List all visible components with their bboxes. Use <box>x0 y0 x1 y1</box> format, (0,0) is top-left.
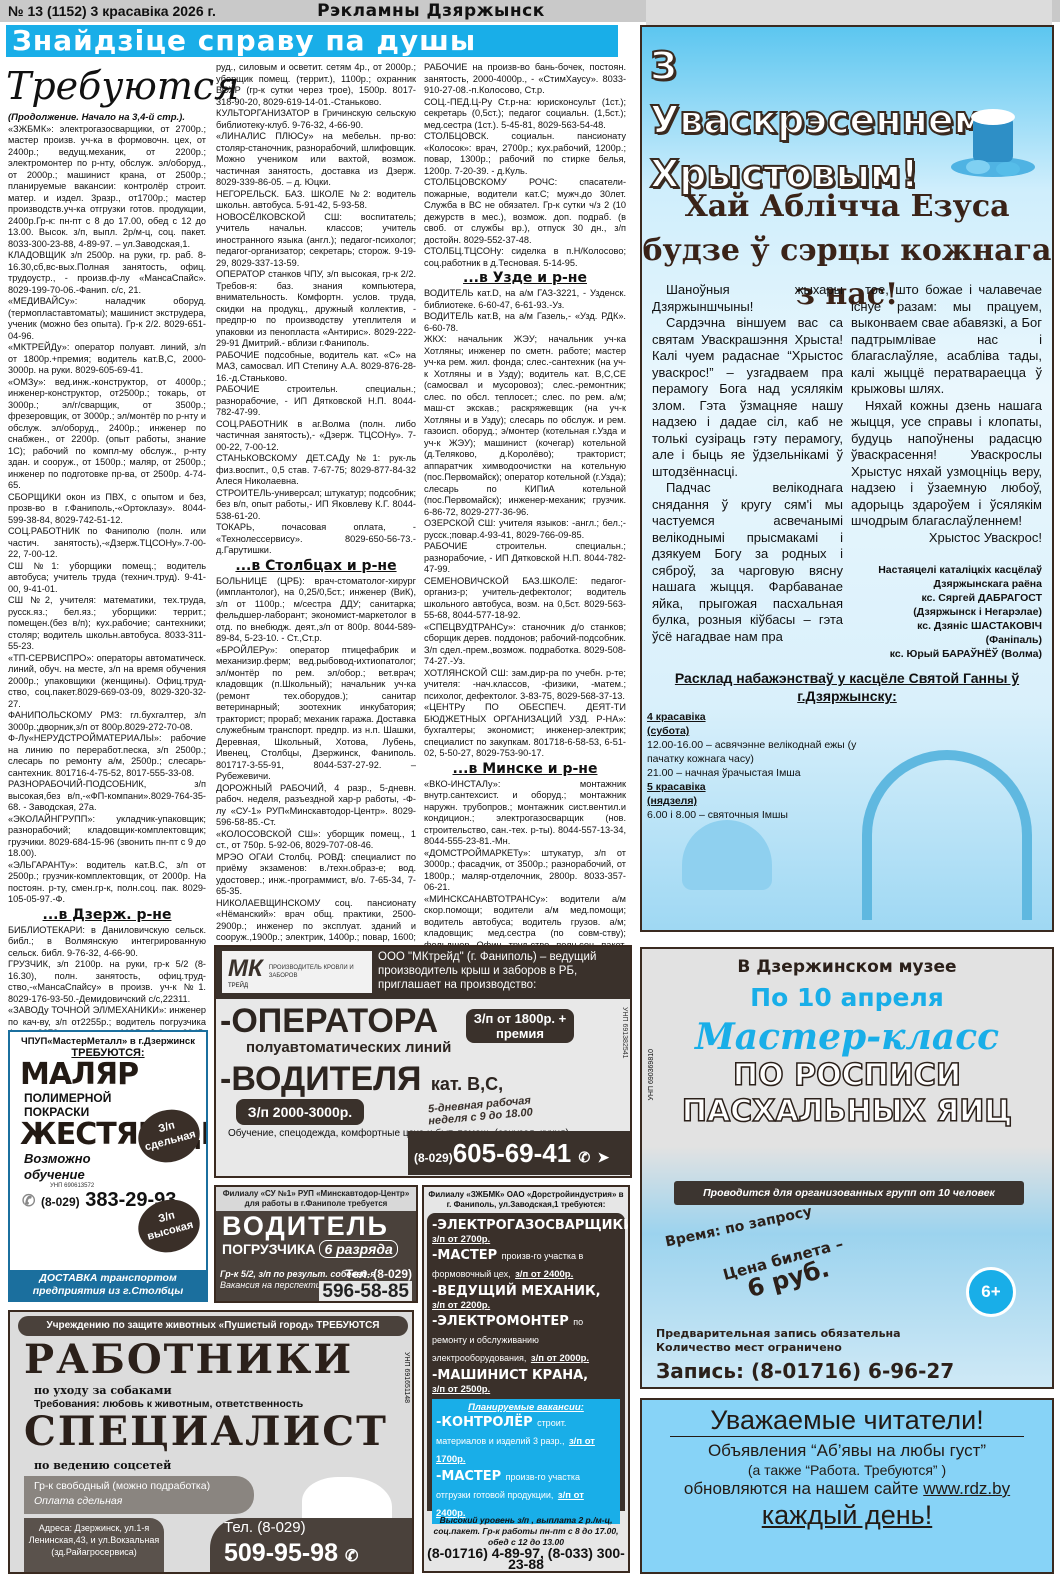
job-listing: «КОЛОСОВСКОЙ СШ»: уборщик помещ., 1 ст.,… <box>216 829 416 852</box>
easter-headline: З Уваскрэсеннем Хрыстовым! <box>650 39 950 201</box>
job-listing: ВОДИТЕЛЬ кат.В, на а/м Газель,- «Узд. РД… <box>424 311 626 334</box>
job-listing: СОЦ.РАБОТНИК по Фаниполю (полн. или част… <box>8 526 206 561</box>
viber-icon: ✆ <box>578 1149 590 1165</box>
jobs-title: Требуются <box>6 62 206 110</box>
vacancy: -ВЕДУЩИЙ МЕХАНИК,з/п от 2200р. <box>432 1282 620 1312</box>
delivery-note: ДОСТАВКА транспортом предприятия из г.Ст… <box>10 1270 206 1300</box>
job-listing: СБОРЩИКИ окон из ПВХ, с опытом и без, пр… <box>8 492 206 527</box>
job-listing: НОВОСЁЛКОВСКОЙ СШ: воспитатель; учитель … <box>216 212 416 270</box>
planned-vacancies: Планируемые вакансии: -КОНТРОЛЁР строит.… <box>432 1399 620 1524</box>
easter-greeting: З Уваскрэсеннем Хрыстовым! Хай Аблічча Е… <box>640 25 1054 932</box>
job-listing: РАБОЧИЕ на произв-во бань-бочек, постоян… <box>424 62 626 97</box>
job-listing: руд., силовым и осветит. сетям 4р., от 2… <box>216 62 416 108</box>
job-listing: СЕМЕНОВИЧСКОЙ БАЗ.ШКОЛЕ: педагог-организ… <box>424 576 626 622</box>
message-paragraph: Шаноўныя жыхары Дзяржыншчыны! <box>652 282 843 315</box>
unp-number: УНП 690369810 <box>648 1049 655 1101</box>
signature-block: Настаяцелі каталіцкіх касцёлаў Дзяржынск… <box>878 563 1042 661</box>
message-paragraph: тое, што божае і чалавечае існуе разам: … <box>851 282 1042 398</box>
ad-mktrade: МКТРЕЙД ПРОИЗВОДИТЕЛЬ КРОВЛИ И ЗАБОРОВ О… <box>214 945 632 1178</box>
page-header: № 13 (1152) 3 красавіка 2026 г. Рэкламны… <box>0 0 1060 22</box>
ad-museum-masterclass: В Дзержинском музее По 10 апреля Мастер-… <box>640 947 1054 1389</box>
job-listing: МРЭО ОГАИ Столбц. РОВД: специалист по пр… <box>216 852 416 898</box>
publication-title: Рэкламны Дзяржынск <box>317 1 545 21</box>
schedule-title: Расклад набажэнстваў у касцёле Святой Га… <box>642 669 1052 705</box>
job-listing: «МЕДИВАЙСу»: наладчик оборуд. (термоплас… <box>8 296 206 342</box>
viber-icon: ✆ <box>345 1548 358 1565</box>
job-listing: ТОКАРЬ, почасовая оплата, - «Технолессер… <box>216 522 416 557</box>
easter-bread-illustration-icon <box>682 820 772 890</box>
message-paragraph: Сардэчна віншуем вас са святам Уваскрашэ… <box>652 315 843 480</box>
job-listing: СТРОИТЕЛЬ-универсал; штукатур; подсобник… <box>216 488 416 523</box>
job-listing: СШ №2, учителя: математики, тех.труда, р… <box>8 595 206 653</box>
basket-illustration-icon <box>862 750 1032 920</box>
message-paragraph: Падчас велікоднага снядання ў кругу сям'… <box>652 480 843 645</box>
continuation-note: (Продолжение. Начало на 3,4-й стр.). <box>8 112 206 124</box>
job-listing: ОЗЕРСКОЙ СШ: учителя языков: -англ.; бел… <box>424 518 626 541</box>
ad-intro: ООО "МКтрейд" (г. Фаниполь) – ведущий пр… <box>378 950 628 992</box>
job-listing: ОПЕРАТОР станков ЧПУ, з/п высокая, гр-к … <box>216 269 416 350</box>
age-rating-badge: 6+ <box>966 1267 1016 1317</box>
vacancy: -МАШИНИСТ КРАНА,з/п от 2500р. <box>432 1366 620 1396</box>
mktrade-logo: МКТРЕЙД ПРОИЗВОДИТЕЛЬ КРОВЛИ И ЗАБОРОВ <box>222 951 372 993</box>
job-listing: «ЗЖБМК»: электрогазосварщики, от 2700р.;… <box>8 124 206 251</box>
job-listing: РАБОЧИЕ строительн. специальн.; разнораб… <box>216 384 416 419</box>
service-schedule: 4 красавіка (субота) 12.00-16.00 – асвяч… <box>647 710 867 822</box>
job-listing: «ЛИНАЛИС ПЛЮСу» на мебельн. пр-во: столя… <box>216 131 416 189</box>
job-listing: БИБЛИОТЕКАРИ: в Даниловичскую сельск. би… <box>8 925 206 960</box>
job-listing: КУЛЬТОРГАНИЗАТОР в Гричинскую сельскую б… <box>216 108 416 131</box>
phone-number: Запись: (8-01716) 6-96-27 <box>656 1359 954 1383</box>
job-listing: СТОЛБЦОВСКОМУ РОЧС: спасатели-пожарные, … <box>424 177 626 246</box>
pay-badge: З/п от 1800р. + премия <box>466 1009 574 1043</box>
ad-mastermetall: ЧПУП«МастерМеталл» в г.Дзержинск ТРЕБУЮТ… <box>8 1030 208 1302</box>
job-listing: «СПЕЦВУДТРАНСу»: станочник д/о станков; … <box>424 622 626 668</box>
job-listing: СТОЛБЦОВСК. социальн. пансионату «Колосо… <box>424 131 626 177</box>
job-title: РАБОТНИКИ <box>24 1336 353 1383</box>
job-listing: БОЛЬНИЦЕ (ЦРБ): врач-стоматолог-хирург (… <box>216 576 416 645</box>
ad-su1: Филиалу «СУ №1» РУП «Минскавтодор-Центр»… <box>214 1185 418 1303</box>
easter-cake-icon <box>948 97 1038 177</box>
job-listing: ГРУЗЧИК, з/п 2100р. на руки, гр-к 5/2 (8… <box>8 959 206 1005</box>
section-heading-dzerzh: ...в Дзерж. р-не <box>8 907 206 924</box>
job-listing: СШ №1: уборщики помещ.; водитель автобус… <box>8 561 206 596</box>
ad-zzhbmk: Филиалу «ЗЖБМК» ОАО «Дорстройиндустрия» … <box>422 1185 630 1573</box>
phone-icon: ✆ <box>22 1193 35 1210</box>
address: Адреса: Дзержинск, ул.1-я Ленинская,43, … <box>24 1518 164 1572</box>
vacancy: -ЭЛЕКТРОГАЗОСВАРЩИКИ,з/п от 2700р. <box>432 1216 620 1246</box>
ad-pushisty-gorod: Учреждению по защите животных «Пушистый … <box>8 1310 414 1574</box>
job-title: ВОДИТЕЛЬ <box>216 1211 416 1241</box>
phone-number: (8-01716) 4-89-97, (8-033) 300-23-88 <box>424 1548 628 1570</box>
telegram-icon: ➤ <box>597 1149 609 1165</box>
job-listing: КЛАДОВЩИК з/п 2500р. на руки, гр. раб. 8… <box>8 250 206 296</box>
job-listing: «ЭЛЬГАРАНТу»: водитель кат.В.С, з/п от 2… <box>8 860 206 906</box>
issue-info: № 13 (1152) 3 красавіка 2026 г. <box>8 3 216 19</box>
message-paragraph: Няхай кожны дзень нашага жыцця, усе спра… <box>851 398 1042 530</box>
job-title: СПЕЦИАЛИСТ <box>24 1408 388 1455</box>
job-listing: «МКТРЕЙДу»: оператор полуавт. линий, з/п… <box>8 342 206 377</box>
job-listing: СТОЛБЦ.ТЦСОНу: сиделка в п.Н/Колосово; с… <box>424 246 626 269</box>
phone-number: (8-029)605-69-41 ✆ ➤ <box>408 1131 630 1175</box>
job-listing: ФАНИПОЛЬСКОМУ РМЗ: гл.бухгалтер, з/п 300… <box>8 710 206 733</box>
job-listing: «ЭКОЛАЙНГРУПП»: укладчик-упаковщик; разн… <box>8 814 206 860</box>
job-listing: СТАНЬКОВСКОМУ ДЕТ.САДу№1: рук-ль физ.вос… <box>216 453 416 488</box>
unp-number: УНП 691382541 <box>621 1007 628 1059</box>
job-listing: РАБОЧИЕ строительн. специальн.; разнораб… <box>424 541 626 576</box>
job-listing: «ДОМСТРОЙМАРКЕТу»: штукатур, з/п от 3000… <box>424 848 626 894</box>
section-banner: Знайдзіце справу па душы <box>6 25 618 57</box>
website-link[interactable]: www.rdz.by <box>923 1479 1010 1498</box>
job-listing: ЖКХ: начальник ЖЭУ; начальник уч-ка Хотл… <box>424 334 626 518</box>
job-listing: «ТП-СЕРВИСПРО»: операторы автоматическ. … <box>8 653 206 711</box>
phone-number: Тел. (8-029)509-95-98 ✆ <box>210 1518 414 1574</box>
vacancy: -ЭЛЕКТРОМОНТЕР по ремонту и обслуживанию… <box>432 1312 620 1366</box>
phone-number: Тел. (8-029)596-58-85 <box>319 1267 412 1303</box>
job-listing: ВОДИТЕЛЬ кат.D, на а/м ГАЗ-3221, - Узден… <box>424 288 626 311</box>
section-heading-stolbtsy: ...в Столбцах и р-не <box>216 558 416 575</box>
job-listing: РАЗНОРАБОЧИЙ-ПОДСОБНИК, з/п высокая,без … <box>8 779 206 814</box>
job-listing: РАБОЧИЕ подсобные, водитель кат. «С» на … <box>216 350 416 385</box>
job-title: -ВОДИТЕЛЯ кат. В,С, <box>220 1059 503 1104</box>
pay-badge: З/п 2000-3000р. <box>236 1099 364 1125</box>
job-listing: НЕГОРЕЛЬСК. БАЗ. ШКОЛЕ №2: водитель школ… <box>216 189 416 212</box>
vacancy: -МАСТЕР произв-го участка в формовочный … <box>432 1246 620 1282</box>
jobs-column-3: РАБОЧИЕ на произв-во бань-бочек, постоян… <box>424 62 626 942</box>
job-listing: ХОТЛЯНСКОЙ СШ: зам.дир-ра по учебн. р-те… <box>424 668 626 703</box>
pay-badge: З/п сдельная <box>132 1103 205 1169</box>
unp-number: УНП 691651148 <box>403 1352 410 1403</box>
readers-notice: Уважаемые читатели! Объявления “Аб’явы н… <box>640 1398 1054 1574</box>
closing-line: Хрыстос Уваскрос! <box>851 530 1042 547</box>
jobs-column-2: руд., силовым и осветит. сетям 4р., от 2… <box>216 62 416 942</box>
job-title: -ОПЕРАТОРА <box>220 1001 438 1041</box>
job-listing: ДОРОЖНЫЙ РАБОЧИЙ, 4 разр., 5-дневн. рабо… <box>216 783 416 829</box>
job-listing: «ВКО-ИНСТАЛу»: монтажник внутр.сантехсис… <box>424 779 626 848</box>
job-listing: «БРОЙЛЕРу»: оператор птицефабрик и механ… <box>216 645 416 783</box>
job-title: МАЛЯР <box>10 1059 206 1091</box>
job-listing: Ф-Лу«НЕРУДСТРОЙМАТЕРИАЛЫ»: рабочие на ли… <box>8 733 206 779</box>
job-listing: «ОМЗу»: вед.инж.-конструктор, от 4000р.;… <box>8 377 206 492</box>
job-listing: СОЦ.РАБОТНИК в аг.Волма (полн. либо част… <box>216 419 416 454</box>
job-listing: СОЦ.-ПЕД.Ц-Ру Ст.р-на: юрисконсульт (1ст… <box>424 97 626 132</box>
job-listing: «ЦЕНТРу ПО ОБЕСПЕЧ. ДЕЯТ-ТИ БЮДЖЕТНЫХ ОР… <box>424 702 626 760</box>
jobs-column-1: (Продолжение. Начало на 3,4-й стр.). «ЗЖ… <box>8 112 206 1027</box>
section-heading-minsk: ...в Минске и р-не <box>424 761 626 778</box>
job-subtitle: полуавтоматических линий <box>246 1039 451 1056</box>
section-heading-uzda: ...в Узде и р-не <box>424 270 626 287</box>
